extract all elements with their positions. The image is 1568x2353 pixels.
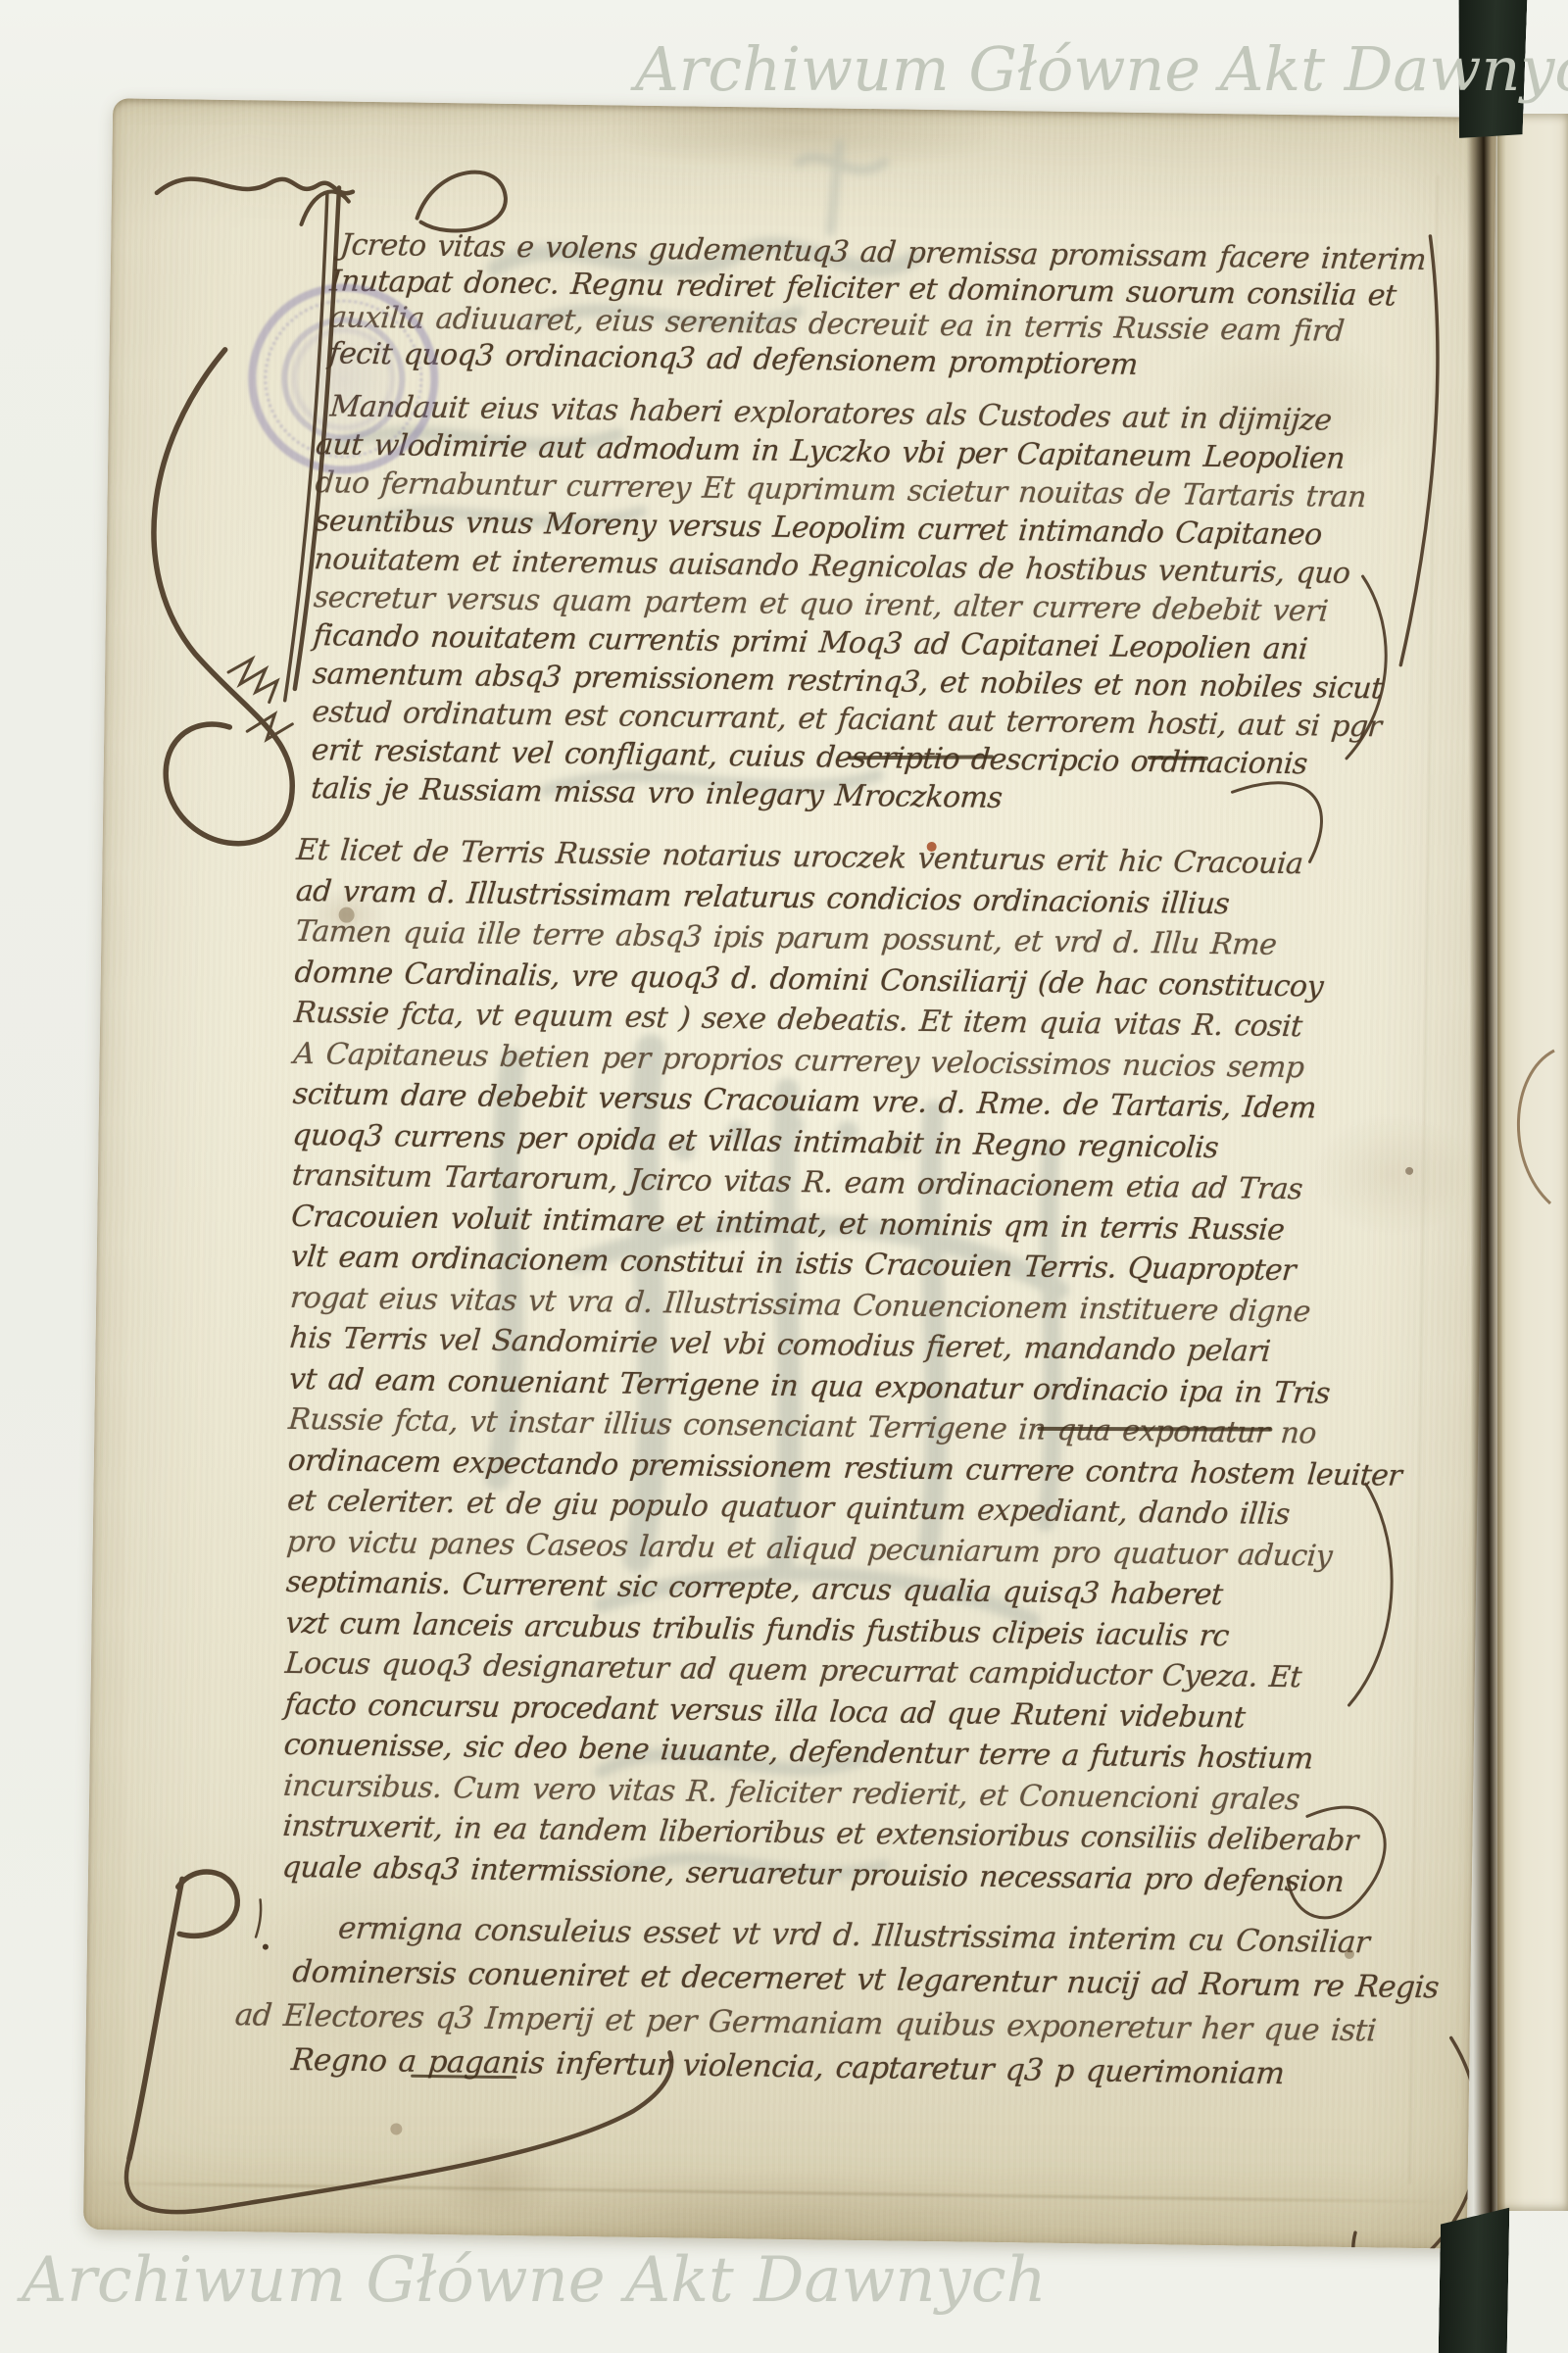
strikethrough-mark: [1148, 756, 1208, 760]
manuscript-paragraph: Jcreto vitas e volens gudementuq3 ad pre…: [328, 226, 1426, 387]
binding-strap-bottom: [1439, 2206, 1510, 2353]
manuscript-paragraph: Et licet de Terris Russie notarius urocz…: [282, 830, 1410, 1903]
horizontal-crease: [92, 2181, 1454, 2203]
watermark-bottom: Archiwum Główne Akt Dawnych: [22, 2244, 1047, 2317]
vertical-crease: [1409, 175, 1440, 2184]
ink-bleed-mark: [1497, 1015, 1568, 1231]
manuscript-page: Jcreto vitas e volens gudementuq3 ad pre…: [83, 98, 1496, 2249]
archive-scan: Jcreto vitas e volens gudementuq3 ad pre…: [0, 0, 1568, 2353]
watermark-top: Archiwum Główne Akt Dawnych: [635, 33, 1568, 105]
strikethrough-mark: [1037, 1427, 1272, 1432]
next-page-edge: [1497, 114, 1568, 2211]
manuscript-paragraph: ermigna consuleius esset vt vrd d. Illus…: [291, 1906, 1440, 2098]
